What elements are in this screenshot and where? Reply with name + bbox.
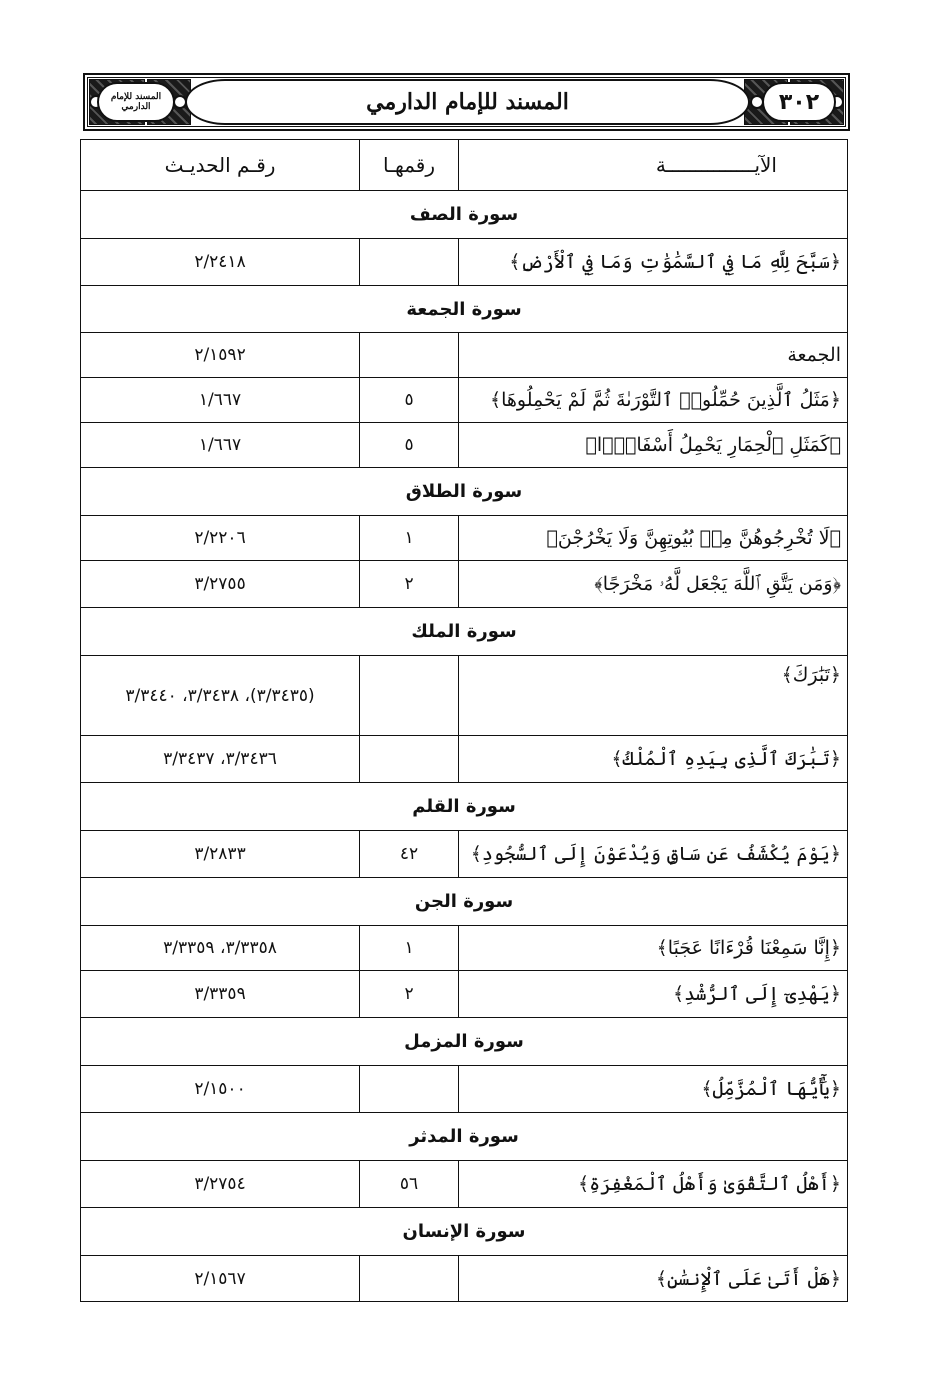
book-emblem-text: المسند للإمام الدارمي	[99, 92, 173, 112]
verse-number: ١	[359, 516, 459, 560]
title-cartouche: المسند للإمام الدارمي	[185, 79, 750, 125]
hadith-number: ١/٦٦٧	[81, 423, 359, 467]
column-header-verse-number: رقمهـا	[359, 140, 459, 190]
table-row: ﴿وَمَن يَتَّقِ ٱللَّهَ يَجْعَل لَّهُۥ مَ…	[81, 561, 847, 608]
hadith-number: ٣/٣٣٥٨، ٣/٣٣٥٩	[81, 926, 359, 970]
surah-heading-row: سورة الصف	[81, 191, 847, 239]
hadith-number: ٢/٢٢٠٦	[81, 516, 359, 560]
surah-heading-row: سورة المزمل	[81, 1018, 847, 1066]
table-row: الجمعة ٢/١٥٩٢	[81, 333, 847, 378]
table-row: ﴿تَبَٰرَكَ﴾ (٣/٣٤٣٥)، ٣/٣٤٣٨، ٣/٣٤٤٠	[81, 656, 847, 736]
page-number: ٣٠٢	[779, 90, 819, 115]
verse-text: ﴿إِنَّا سَمِعْنَا قُرْءَانًا عَجَبًا﴾	[459, 926, 847, 970]
hadith-number: ٣/٢٨٣٣	[81, 831, 359, 877]
verse-number: ٤٢	[359, 831, 459, 877]
verse-number	[359, 736, 459, 782]
table-header-row: الآيـــــــــــــــة رقمهـا رقـم الحديـث	[81, 140, 847, 191]
verse-text: ﴿لَا تُخْرِجُوهُنَّ مِنۢ بُيُوتِهِنَّ وَ…	[459, 516, 847, 560]
verse-text: ﴿هَلْ أَتَىٰ عَلَى ٱلْإِنسَٰنِ﴾	[459, 1256, 847, 1301]
verse-text: ﴿مَثَلُ ٱلَّذِينَ حُمِّلُوا۟ ٱلتَّوْرَىٰ…	[459, 378, 847, 422]
verse-number: ٥	[359, 423, 459, 467]
book-emblem: المسند للإمام الدارمي	[97, 82, 175, 122]
surah-title: سورة الجمعة	[81, 286, 847, 332]
surah-title: سورة المدثر	[81, 1113, 847, 1160]
surah-heading-row: سورة القلم	[81, 783, 847, 831]
table-row: ﴿لَا تُخْرِجُوهُنَّ مِنۢ بُيُوتِهِنَّ وَ…	[81, 516, 847, 561]
verse-text: ﴿كَمَثَلِ ٱلْحِمَارِ يَحْمِلُ أَسْفَارًۢ…	[459, 423, 847, 467]
verse-text: ﴿أَهْلُ ٱلتَّقْوَىٰ وَأَهْلُ ٱلْمَغْفِرَ…	[459, 1161, 847, 1207]
hadith-number: ٣/٣٣٥٩	[81, 971, 359, 1017]
hadith-number: ١/٦٦٧	[81, 378, 359, 422]
book-title: المسند للإمام الدارمي	[366, 89, 569, 115]
hadith-number: ٣/٢٧٥٤	[81, 1161, 359, 1207]
table-row: ﴿يَهْدِىٓ إِلَى ٱلرُّشْدِ﴾ ٢ ٣/٣٣٥٩	[81, 971, 847, 1018]
verse-text: ﴿تَبَٰرَكَ﴾	[459, 656, 847, 735]
table-row: ﴿كَمَثَلِ ٱلْحِمَارِ يَحْمِلُ أَسْفَارًۢ…	[81, 423, 847, 468]
surah-title: سورة الإنسان	[81, 1208, 847, 1255]
surah-heading-row: سورة الإنسان	[81, 1208, 847, 1256]
table-row: ﴿إِنَّا سَمِعْنَا قُرْءَانًا عَجَبًا﴾ ١ …	[81, 926, 847, 971]
verse-index-table: الآيـــــــــــــــة رقمهـا رقـم الحديـث…	[80, 139, 848, 1302]
hadith-number: ٣/٣٤٣٦، ٣/٣٤٣٧	[81, 736, 359, 782]
surah-heading-row: سورة الجمعة	[81, 286, 847, 333]
surah-title: سورة القلم	[81, 783, 847, 830]
verse-number: ٥٦	[359, 1161, 459, 1207]
verse-number	[359, 656, 459, 735]
verse-text: ﴿يَوْمَ يُكْشَفُ عَن سَاقٍ وَيُدْعَوْنَ …	[459, 831, 847, 877]
hadith-number: ٢/٢٤١٨	[81, 239, 359, 285]
verse-number	[359, 1256, 459, 1301]
page-number-medallion: ٣٠٢	[762, 82, 836, 122]
column-header-verse: الآيـــــــــــــــة	[459, 140, 847, 190]
verse-text: ﴿يَٰٓأَيُّهَا ٱلْمُزَّمِّلُ﴾	[459, 1066, 847, 1112]
verse-number	[359, 333, 459, 377]
verse-text: ﴿يَهْدِىٓ إِلَى ٱلرُّشْدِ﴾	[459, 971, 847, 1017]
verse-number: ٢	[359, 971, 459, 1017]
surah-title: سورة المزمل	[81, 1018, 847, 1065]
surah-heading-row: سورة الجن	[81, 878, 847, 926]
hadith-number: ٢/١٥٩٢	[81, 333, 359, 377]
surah-heading-row: سورة المدثر	[81, 1113, 847, 1161]
verse-number: ٥	[359, 378, 459, 422]
table-row: ﴿يَٰٓأَيُّهَا ٱلْمُزَّمِّلُ﴾ ٢/١٥٠٠	[81, 1066, 847, 1113]
table-row: ﴿تَبَٰرَكَ ٱلَّذِى بِيَدِهِ ٱلْمُلْكُ﴾ ٣…	[81, 736, 847, 783]
surah-title: سورة الملك	[81, 608, 847, 655]
verse-number: ١	[359, 926, 459, 970]
verse-number: ٢	[359, 561, 459, 607]
table-row: ﴿هَلْ أَتَىٰ عَلَى ٱلْإِنسَٰنِ﴾ ٢/١٥٦٧	[81, 1256, 847, 1302]
hadith-number: ٢/١٥٦٧	[81, 1256, 359, 1301]
hadith-number: ٣/٢٧٥٥	[81, 561, 359, 607]
surah-heading-row: سورة الملك	[81, 608, 847, 656]
surah-title: سورة الصف	[81, 191, 847, 238]
verse-text: ﴿سَبَّحَ لِلَّهِ مَا فِي ٱلسَّمَٰوَٰتِ و…	[459, 239, 847, 285]
verse-text: ﴿وَمَن يَتَّقِ ٱللَّهَ يَجْعَل لَّهُۥ مَ…	[459, 561, 847, 607]
surah-title: سورة الطلاق	[81, 468, 847, 515]
page-header: المسند للإمام الدارمي المسند للإمام الدا…	[83, 73, 850, 131]
hadith-number: (٣/٣٤٣٥)، ٣/٣٤٣٨، ٣/٣٤٤٠	[81, 656, 359, 735]
verse-text: ﴿تَبَٰرَكَ ٱلَّذِى بِيَدِهِ ٱلْمُلْكُ﴾	[459, 736, 847, 782]
table-row: ﴿يَوْمَ يُكْشَفُ عَن سَاقٍ وَيُدْعَوْنَ …	[81, 831, 847, 878]
verse-number	[359, 1066, 459, 1112]
column-header-hadith-number: رقـم الحديـث	[81, 140, 359, 190]
table-row: ﴿أَهْلُ ٱلتَّقْوَىٰ وَأَهْلُ ٱلْمَغْفِرَ…	[81, 1161, 847, 1208]
surah-title: سورة الجن	[81, 878, 847, 925]
hadith-number: ٢/١٥٠٠	[81, 1066, 359, 1112]
table-row: ﴿سَبَّحَ لِلَّهِ مَا فِي ٱلسَّمَٰوَٰتِ و…	[81, 239, 847, 286]
verse-number	[359, 239, 459, 285]
verse-text: الجمعة	[459, 333, 847, 377]
table-row: ﴿مَثَلُ ٱلَّذِينَ حُمِّلُوا۟ ٱلتَّوْرَىٰ…	[81, 378, 847, 423]
surah-heading-row: سورة الطلاق	[81, 468, 847, 516]
